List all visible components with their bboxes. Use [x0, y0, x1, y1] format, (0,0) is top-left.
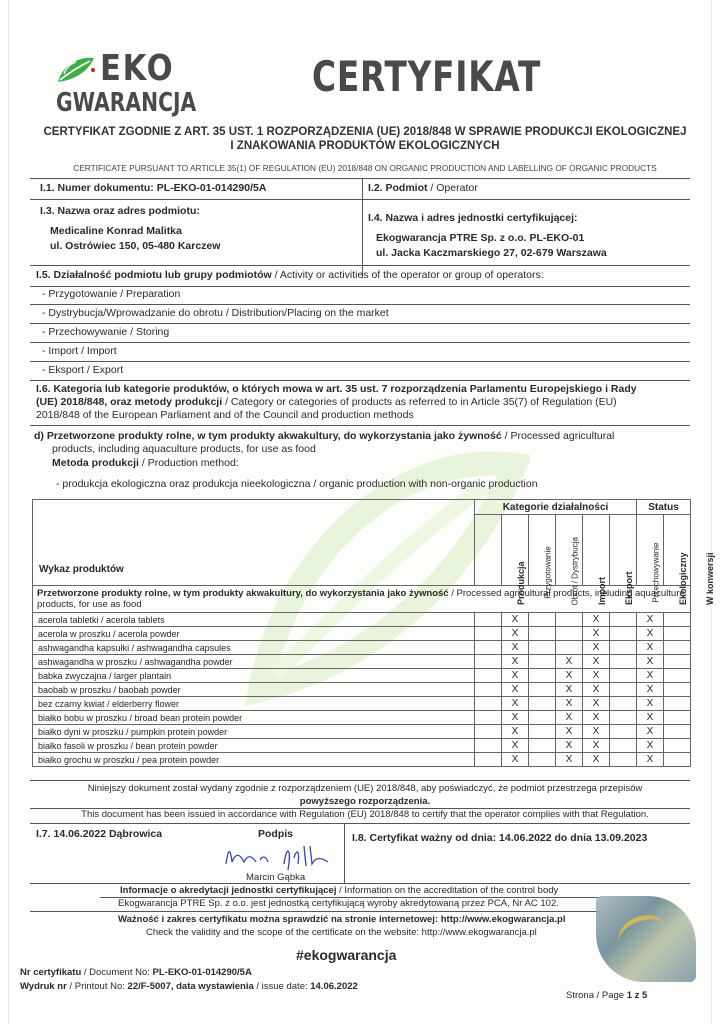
mark-cell [610, 627, 637, 641]
mark-cell [556, 641, 583, 655]
mark-cell: X [502, 655, 529, 669]
product-name: bez czarny kwiat / elderberry flower [33, 697, 475, 711]
product-name: białko fasoli w proszku / bean protein p… [33, 739, 475, 753]
product-category-heading-text: I.6. Kategoria lub kategorie produktów, … [36, 383, 637, 395]
divider [30, 823, 690, 824]
footer-issue-en: / issue date: [254, 981, 311, 992]
mark-cell [610, 697, 637, 711]
divider [30, 286, 690, 287]
column-header: Przygotowanie [502, 515, 529, 586]
production-method-label: Metoda produkcji / Production method: [52, 457, 239, 469]
mark-cell [475, 711, 502, 725]
product-category-heading-line2: (UE) 2018/848, oraz metody produkcji / C… [36, 396, 617, 408]
product-category-heading-bold: (UE) 2018/848, oraz metody produkcji [36, 396, 222, 408]
mark-cell [664, 669, 691, 683]
mark-cell: X [502, 725, 529, 739]
mark-cell [475, 655, 502, 669]
product-table: Wykaz produktów Kategorie działalności S… [32, 499, 691, 767]
signature-label: Podpis [258, 828, 293, 840]
product-name: baobab w proszku / baobab powder [33, 683, 475, 697]
column-header-wrap: Produkcja [475, 517, 501, 583]
table-row: ashwagandha w proszku / ashwagandha powd… [33, 655, 691, 669]
mark-cell [610, 725, 637, 739]
mark-cell [610, 753, 637, 767]
table-row: acerola tabletki / acerola tabletsXXX [33, 613, 691, 627]
mark-cell: X [556, 683, 583, 697]
page-value: 1 z 5 [627, 990, 648, 1001]
category-d-line2: products, including aquaculture products… [52, 443, 316, 455]
table-row: ashwagandha kapsułki / ashwagandha capsu… [33, 641, 691, 655]
mark-cell: X [583, 711, 610, 725]
mark-cell [556, 627, 583, 641]
mark-cell [475, 753, 502, 767]
table-row: białko grochu w proszku / pea protein po… [33, 753, 691, 767]
product-name: białko bobu w proszku / broad bean prote… [33, 711, 475, 725]
page-label: Strona / Page [566, 990, 627, 1001]
mark-cell [529, 613, 556, 627]
mark-cell: X [502, 613, 529, 627]
divider [30, 265, 690, 266]
mark-cell [610, 711, 637, 725]
product-name: białko grochu w proszku / pea protein po… [33, 753, 475, 767]
activities-heading: I.5. Działalność podmiotu lub grupy podm… [36, 269, 544, 281]
subtitle-pl-line2: I ZNAKOWANIA PRODUKTÓW EKOLOGICZNYCH [30, 139, 700, 153]
divider [30, 780, 690, 781]
mark-cell: X [502, 739, 529, 753]
mark-cell: X [556, 669, 583, 683]
mark-cell [664, 725, 691, 739]
mark-cell: X [583, 683, 610, 697]
subtitle-pl-line1: CERTYFIKAT ZGODNIE Z ART. 35 UST. 1 ROZP… [30, 125, 700, 139]
product-name: babka zwyczajna / larger plantain [33, 669, 475, 683]
column-header: W konwersji [664, 515, 691, 586]
mark-cell: X [502, 669, 529, 683]
mark-cell [475, 669, 502, 683]
table-row: białko bobu w proszku / broad bean prote… [33, 711, 691, 725]
activities-label-en: / Activity or activities of the operator… [272, 269, 544, 281]
mark-cell [664, 739, 691, 753]
validity-period: I.8. Certyfikat ważny od dnia: 14.06.202… [352, 832, 647, 844]
ekogwarancja-logo: EKO GWARANCJA [56, 48, 196, 118]
table-row: baobab w proszku / baobab powderXXXX [33, 683, 691, 697]
column-header: Obrót / Dystrybucja [529, 515, 556, 586]
hologram-seal-icon [596, 896, 696, 982]
mark-cell: X [583, 739, 610, 753]
mark-cell [664, 641, 691, 655]
activity-item: - Import / Import [42, 345, 117, 357]
mark-cell [475, 683, 502, 697]
mark-cell: X [637, 669, 664, 683]
product-list-header: Wykaz produktów [33, 500, 475, 586]
column-header: Produkcja [475, 515, 502, 586]
product-category-heading-line3: 2018/848 of the European Parliament and … [36, 409, 414, 421]
mark-cell: X [502, 641, 529, 655]
mark-cell: X [583, 655, 610, 669]
product-category-heading-line1: I.6. Kategoria lub kategorie produktów, … [36, 383, 637, 395]
operator-name-address-label: I.3. Nazwa oraz adres podmiotu: [40, 205, 200, 217]
divider [30, 304, 690, 305]
mark-cell: X [502, 711, 529, 725]
divider [30, 425, 690, 426]
mark-cell [610, 683, 637, 697]
mark-cell [610, 655, 637, 669]
mark-cell: X [583, 697, 610, 711]
activity-item: - Przygotowanie / Preparation [42, 288, 180, 300]
table-row: białko dyni w proszku / pumpkin protein … [33, 725, 691, 739]
mark-cell [664, 683, 691, 697]
issue-place-date: I.7. 14.06.2022 Dąbrowica [36, 828, 162, 840]
mark-cell [529, 669, 556, 683]
mark-cell: X [556, 753, 583, 767]
operator-name: Medicaline Konrad Malitka [50, 225, 182, 237]
column-header: Przechowywanie [610, 515, 637, 586]
column-header: Eksport [583, 515, 610, 586]
mark-cell: X [556, 711, 583, 725]
table-row: bez czarny kwiat / elderberry flowerXXXX [33, 697, 691, 711]
table-row: acerola w proszku / acerola powderXXX [33, 627, 691, 641]
divider [30, 178, 690, 179]
mark-cell [664, 627, 691, 641]
divider [30, 199, 690, 200]
operator-label-en: / Operator [428, 182, 478, 194]
validity-check-en: Check the validity and the scope of the … [146, 927, 537, 938]
signer-name: Marcin Gąbka [246, 872, 305, 883]
mark-cell [475, 627, 502, 641]
mark-cell [664, 697, 691, 711]
activity-item: - Dystrybucja/Wprowadzanie do obrotu / D… [42, 307, 389, 319]
footer-document-number: Nr certyfikatu / Document No: PL-EKO-01-… [20, 967, 252, 978]
operator-heading: I.2. Podmiot / Operator [368, 182, 478, 194]
mark-cell: X [583, 669, 610, 683]
mark-cell [664, 613, 691, 627]
leaf-icon [56, 54, 96, 84]
mark-cell: X [502, 697, 529, 711]
divider [30, 911, 600, 912]
mark-cell [529, 655, 556, 669]
mark-cell: X [502, 627, 529, 641]
mark-cell [475, 739, 502, 753]
divider [30, 342, 690, 343]
statement-en: This document has been issued in accorda… [30, 809, 700, 820]
mark-cell: X [583, 613, 610, 627]
column-header-wrap: Import [556, 517, 582, 583]
mark-cell [529, 683, 556, 697]
production-method-en: / Production method: [139, 457, 239, 469]
table-row: białko fasoli w proszku / bean protein p… [33, 739, 691, 753]
mark-cell: X [502, 683, 529, 697]
activity-item: - Eksport / Export [42, 364, 123, 376]
mark-cell [556, 613, 583, 627]
footer-printout-value: 22/F-5007, data wystawienia [128, 981, 254, 992]
column-header-wrap: Eksport [583, 517, 609, 583]
mark-cell [529, 725, 556, 739]
document-number: I.1. Numer dokumentu: PL-EKO-01-014290/5… [40, 182, 266, 194]
mark-cell [529, 739, 556, 753]
product-name: acerola w proszku / acerola powder [33, 627, 475, 641]
mark-cell [475, 613, 502, 627]
mark-cell: X [637, 711, 664, 725]
activity-group-header: Kategorie działalności [475, 500, 637, 515]
mark-cell: X [556, 697, 583, 711]
column-divider [362, 178, 363, 278]
activity-item: - Przechowywanie / Storing [42, 326, 169, 338]
category-d-text: d) Przetworzone produkty rolne, w tym pr… [34, 430, 502, 442]
mark-cell: X [502, 753, 529, 767]
mark-cell [529, 627, 556, 641]
column-header-wrap: Ekologiczny [637, 517, 663, 583]
product-category-heading-en: / Category or categories of products as … [222, 396, 617, 408]
mark-cell: X [637, 627, 664, 641]
operator-label: I.2. Podmiot [368, 182, 428, 194]
mark-cell: X [637, 753, 664, 767]
column-header-wrap: Obrót / Dystrybucja [529, 517, 555, 583]
page-edge-right [711, 0, 712, 1024]
mark-cell: X [637, 739, 664, 753]
mark-cell [610, 613, 637, 627]
page-edge [8, 0, 9, 1024]
hashtag: #ekogwarancja [296, 947, 396, 963]
column-divider [344, 823, 345, 883]
footer-issue-date: 14.06.2022 [310, 981, 358, 992]
divider [30, 380, 690, 381]
validity-check-pl: Ważność i zakres certyfikatu można spraw… [118, 914, 565, 925]
mark-cell: X [583, 641, 610, 655]
subtitle-en: CERTIFICATE PURSUANT TO ARTICLE 35(1) OF… [30, 163, 700, 173]
table-row: babka zwyczajna / larger plantainXXXX [33, 669, 691, 683]
logo-gwarancja-text: GWARANCJA [56, 88, 196, 118]
footer-printout: Wydruk nr / Printout No: 22/F-5007, data… [20, 981, 358, 992]
operator-address: ul. Ostrówiec 150, 05-480 Karczew [50, 240, 220, 252]
divider [30, 883, 690, 884]
column-header-wrap: Przygotowanie [502, 517, 528, 583]
mark-cell: X [637, 683, 664, 697]
document-number-label: I.1. Numer dokumentu: [40, 182, 154, 194]
subtitle-pl: CERTYFIKAT ZGODNIE Z ART. 35 UST. 1 ROZP… [30, 125, 700, 153]
control-body-name: Ekogwarancja PTRE Sp. z o.o. PL-EKO-01 [376, 232, 584, 244]
mark-cell: X [637, 697, 664, 711]
accreditation-heading: Informacje o akredytacji jednostki certy… [120, 885, 558, 896]
category-d-en: / Processed agricultural [502, 430, 615, 442]
column-header: Ekologiczny [637, 515, 664, 586]
category-d: d) Przetworzone produkty rolne, w tym pr… [34, 430, 614, 442]
footer-doc-label-en: / Document No: [81, 967, 152, 978]
production-method-bold: Metoda produkcji [52, 457, 139, 469]
accreditation-text: Ekogwarancja PTRE Sp. z o.o. jest jednos… [118, 898, 559, 909]
footer-printout-label: Wydruk nr [20, 981, 67, 992]
signature-scribble-icon [222, 840, 332, 872]
mark-cell: X [637, 655, 664, 669]
control-body-label: I.4. Nazwa i adres jednostki certyfikują… [368, 212, 578, 224]
mark-cell [664, 711, 691, 725]
document-number-value: PL-EKO-01-014290/5A [157, 182, 267, 194]
logo-eko-text: EKO [100, 48, 174, 89]
status-group-header: Status [637, 500, 691, 515]
statement-pl-line2: powyższego rozporządzenia. [30, 796, 700, 807]
mark-cell [475, 697, 502, 711]
product-name: białko dyni w proszku / pumpkin protein … [33, 725, 475, 739]
product-name: acerola tabletki / acerola tablets [33, 613, 475, 627]
accreditation-heading-en: / Information on the accreditation of th… [336, 885, 558, 896]
statement-pl-line1: Niniejszy dokument został wydany zgodnie… [30, 783, 700, 794]
page-title: CERTYFIKAT [312, 52, 541, 101]
footer-doc-label: Nr certyfikatu [20, 967, 81, 978]
activities-label: I.5. Działalność podmiotu lub grupy podm… [36, 269, 272, 281]
mark-cell [529, 753, 556, 767]
mark-cell [475, 725, 502, 739]
mark-cell [475, 641, 502, 655]
accreditation-heading-bold: Informacje o akredytacji jednostki certy… [120, 885, 336, 896]
mark-cell: X [583, 753, 610, 767]
product-name: ashwagandha w proszku / ashwagandha powd… [33, 655, 475, 669]
mark-cell [610, 641, 637, 655]
footer-doc-value: PL-EKO-01-014290/5A [153, 967, 252, 978]
category-row-bold: Przetworzone produkty rolne, w tym produ… [37, 588, 449, 599]
mark-cell: X [583, 725, 610, 739]
mark-cell: X [637, 613, 664, 627]
mark-cell: X [556, 725, 583, 739]
mark-cell: X [637, 725, 664, 739]
production-method-value: - produkcja ekologiczna oraz produkcja n… [56, 478, 538, 490]
mark-cell [529, 697, 556, 711]
column-header-wrap: Przechowywanie [610, 517, 636, 583]
mark-cell [610, 669, 637, 683]
column-header-wrap: W konwersji [664, 517, 690, 583]
mark-cell: X [556, 739, 583, 753]
product-name: ashwagandha kapsułki / ashwagandha capsu… [33, 641, 475, 655]
column-header: Import [556, 515, 583, 586]
mark-cell [529, 711, 556, 725]
category-row: Przetworzone produkty rolne, w tym produ… [33, 586, 691, 613]
column-header-label: W konwersji [705, 539, 715, 605]
footer-printout-en: / Printout No: [67, 981, 128, 992]
mark-cell [664, 753, 691, 767]
page-indicator: Strona / Page 1 z 5 [566, 990, 647, 1001]
divider [30, 361, 690, 362]
control-body-address: ul. Jacka Kaczmarskiego 27, 02-679 Warsz… [376, 247, 607, 259]
mark-cell [529, 641, 556, 655]
mark-cell [664, 655, 691, 669]
mark-cell: X [583, 627, 610, 641]
mark-cell: X [637, 641, 664, 655]
mark-cell: X [556, 655, 583, 669]
divider [30, 323, 690, 324]
mark-cell [610, 739, 637, 753]
